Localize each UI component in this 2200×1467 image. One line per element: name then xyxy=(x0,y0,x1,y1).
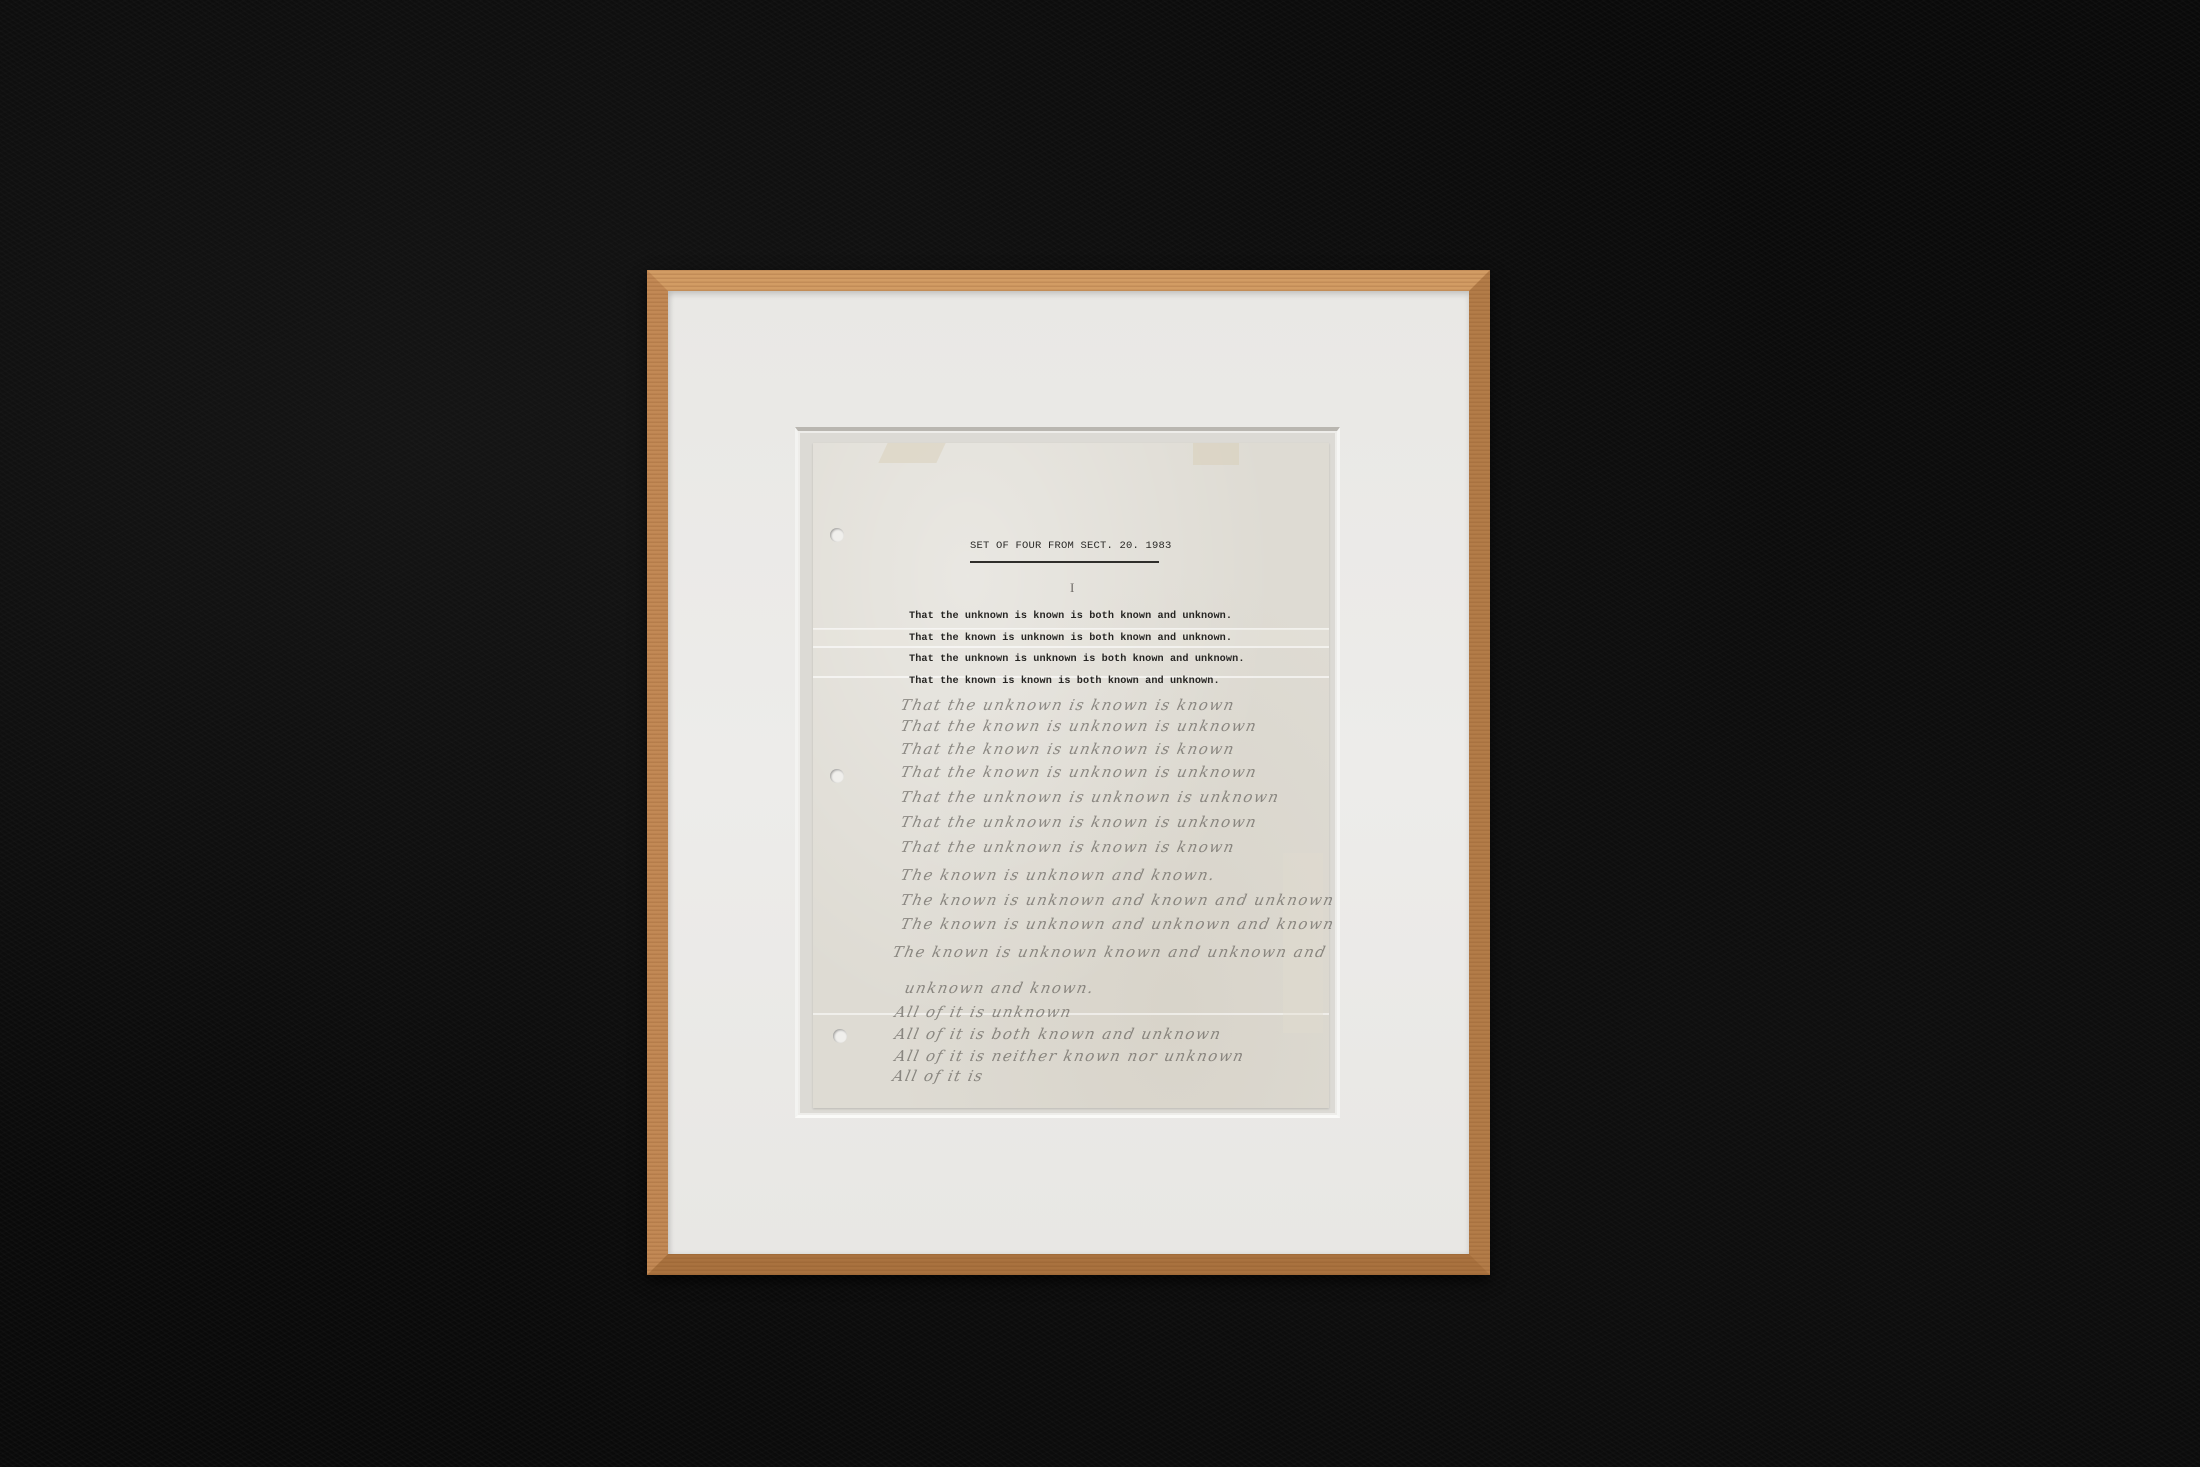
tape-edge-line xyxy=(813,646,1329,648)
handwritten-line: All of it is both known and unknown xyxy=(893,1025,1223,1043)
handwritten-line: That the known is unknown is known xyxy=(899,740,1237,758)
typed-line: That the known is unknown is both known … xyxy=(909,633,1232,644)
typed-line: That the unknown is known is both known … xyxy=(909,611,1232,622)
typed-line: That the known is known is both known an… xyxy=(909,676,1220,687)
handwritten-line: That the unknown is known is unknown xyxy=(899,813,1259,831)
handwritten-line: All of it is unknown xyxy=(893,1003,1074,1021)
handwritten-line: That the unknown is known is known xyxy=(899,838,1237,856)
title-underline xyxy=(970,561,1159,563)
typed-line: That the unknown is unknown is both know… xyxy=(909,654,1245,665)
section-numeral: I xyxy=(1070,580,1074,596)
punch-hole-bottom xyxy=(833,1029,847,1043)
mat-window: SET OF FOUR FROM SECT. 20. 1983 I That t… xyxy=(795,427,1340,1118)
document-title: SET OF FOUR FROM SECT. 20. 1983 xyxy=(970,540,1160,552)
handwritten-line: That the known is unknown is unknown xyxy=(899,717,1259,735)
punch-hole-top xyxy=(830,528,844,542)
wooden-picture-frame: SET OF FOUR FROM SECT. 20. 1983 I That t… xyxy=(647,270,1490,1275)
handwritten-line: The known is unknown and known and unkno… xyxy=(899,891,1336,909)
handwritten-line: The known is unknown known and unknown a… xyxy=(891,943,1328,961)
handwritten-line: That the unknown is known is known xyxy=(899,696,1237,714)
manuscript-page: SET OF FOUR FROM SECT. 20. 1983 I That t… xyxy=(813,443,1329,1108)
punch-hole-middle xyxy=(830,769,844,783)
tape-strip xyxy=(1193,443,1239,465)
handwritten-line: That the unknown is unknown is unknown xyxy=(899,788,1281,806)
handwritten-line: unknown and known. xyxy=(903,979,1096,997)
handwritten-line: All of it is xyxy=(891,1067,985,1085)
handwritten-line: That the known is unknown is unknown xyxy=(899,763,1259,781)
handwritten-line: The known is unknown and known. xyxy=(899,866,1217,884)
handwritten-line: The known is unknown and unknown and kno… xyxy=(899,915,1336,933)
white-mat-board: SET OF FOUR FROM SECT. 20. 1983 I That t… xyxy=(668,291,1469,1254)
tape-strip xyxy=(878,443,945,463)
handwritten-line: All of it is neither known nor unknown xyxy=(893,1047,1246,1065)
